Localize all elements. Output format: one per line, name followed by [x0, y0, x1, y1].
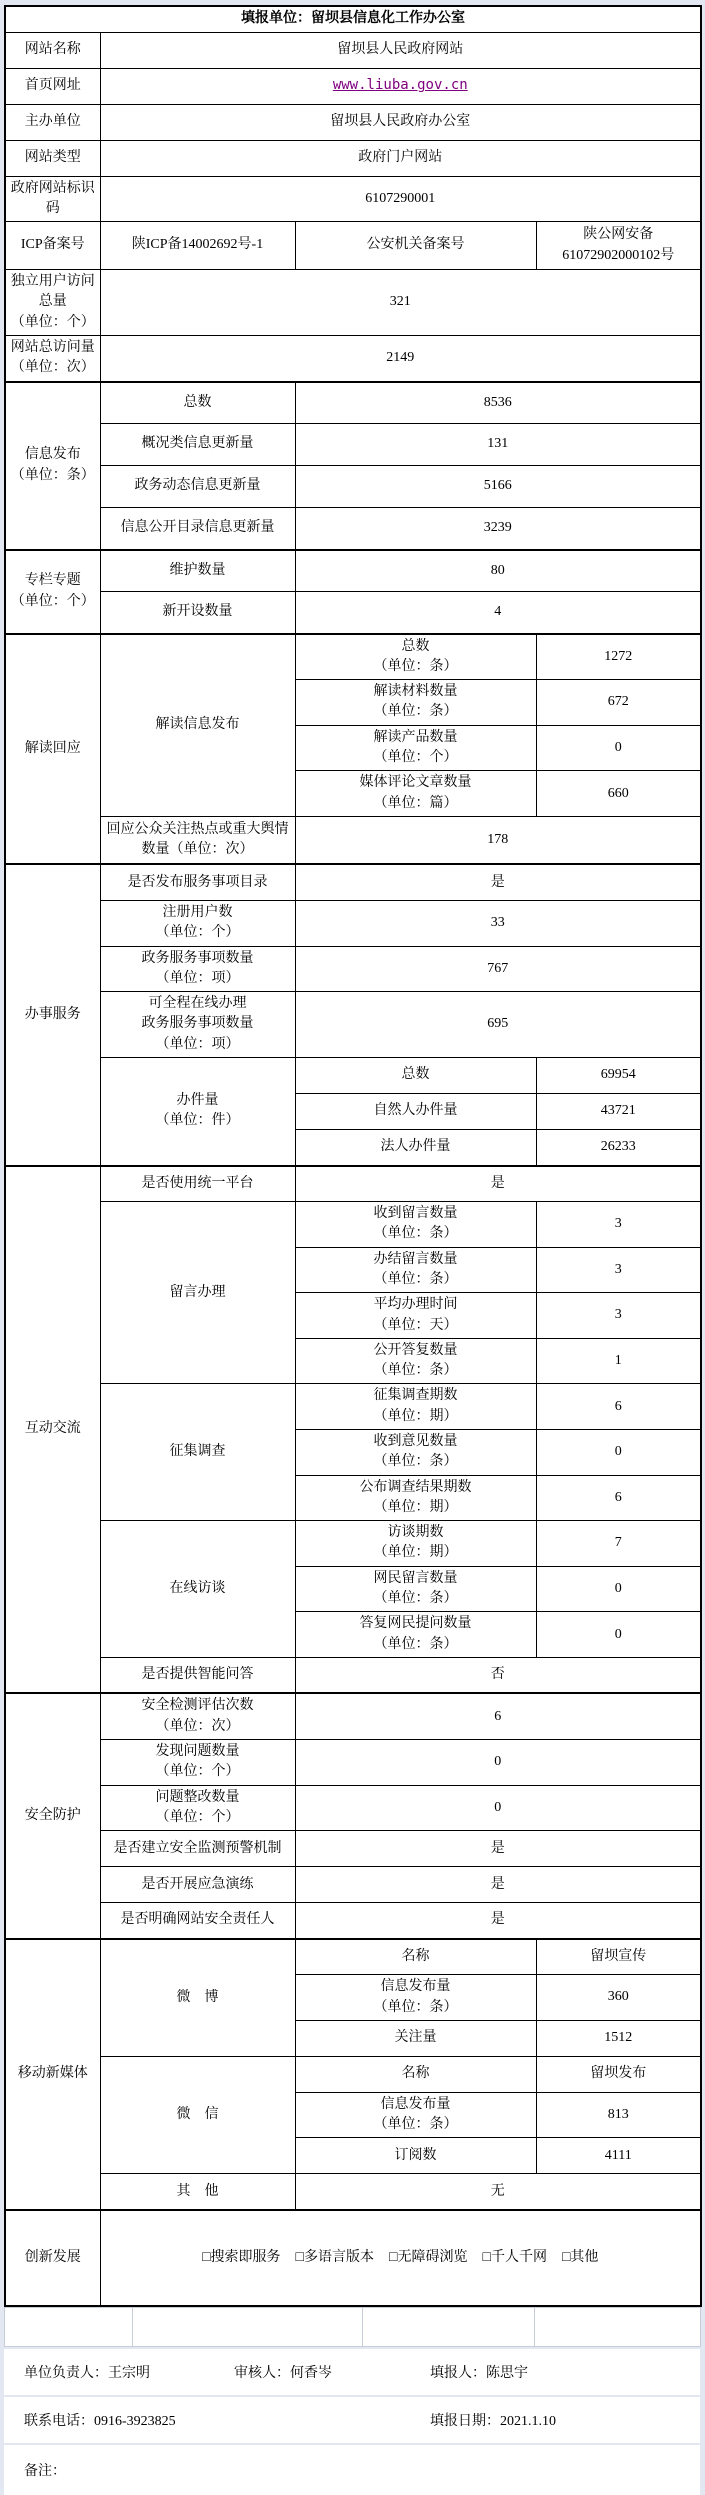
label-unique-visitors: 独立用户访问总量（单位：个） — [5, 270, 100, 336]
label-service-items: 政务服务事项数量（单位：项） — [100, 946, 295, 992]
label-monitoring-mechanism: 是否建立安全监测预警机制 — [100, 1831, 295, 1867]
value-weibo-followers: 1512 — [536, 2020, 701, 2056]
label-trans-individual: 自然人办件量 — [295, 1094, 536, 1130]
value-media-articles: 660 — [536, 771, 701, 817]
label-interp-products: 解读产品数量（单位：个） — [295, 725, 536, 771]
label-security-responsible-person: 是否明确网站安全责任人 — [100, 1903, 295, 1939]
label-overview-updates: 概况类信息更新量 — [100, 424, 295, 466]
cell-home-url: www.liuba.gov.cn — [100, 68, 701, 104]
report-page: 填报单位：留坝县信息化工作办公室 网站名称 留坝县人民政府网站 首页网址 www… — [0, 0, 705, 2495]
label-message-handling: 留言办理 — [100, 1202, 295, 1384]
value-interp-materials: 672 — [536, 680, 701, 726]
value-weibo-posts: 360 — [536, 1975, 701, 2021]
label-security-assessments: 安全检测评估次数（单位：次） — [100, 1693, 295, 1739]
value-maintained-count: 80 — [295, 550, 701, 592]
label-site-name: 网站名称 — [5, 32, 100, 68]
value-unique-visitors: 321 — [100, 270, 701, 336]
label-icp: ICP备案号 — [5, 222, 100, 270]
empty-row-table — [4, 2307, 701, 2347]
label-messages-completed: 办结留言数量（单位：条） — [295, 1247, 536, 1293]
innovation-options: □搜索即服务 □多语言版本 □无障碍浏览 □千人千网 □其他 — [105, 2248, 697, 2268]
label-problems-fixed: 问题整改数量（单位：个） — [100, 1785, 295, 1831]
section-info-release: 信息发布（单位：条） — [5, 382, 100, 550]
section-columns-topics: 专栏专题（单位：个） — [5, 550, 100, 634]
label-media-articles: 媒体评论文章数量（单位：篇） — [295, 771, 536, 817]
value-site-name: 留坝县人民政府网站 — [100, 32, 701, 68]
label-surveys: 征集调查 — [100, 1384, 295, 1521]
label-total-visits: 网站总访问量（单位：次） — [5, 335, 100, 381]
report-date: 填报日期：2021.1.10 — [430, 2410, 556, 2430]
value-netizen-messages: 0 — [536, 1566, 701, 1612]
label-netizen-messages: 网民留言数量（单位：条） — [295, 1566, 536, 1612]
empty-cell — [133, 2307, 363, 2346]
checkbox-option-multilingual[interactable]: □多语言版本 — [296, 2248, 374, 2268]
section-security: 安全防护 — [5, 1693, 100, 1938]
label-other-media: 其 他 — [100, 2174, 295, 2210]
label-transactions: 办件量（单位：件） — [100, 1058, 295, 1166]
label-emergency-drill: 是否开展应急演练 — [100, 1867, 295, 1903]
contact-phone: 联系电话：0916-3923825 — [24, 2410, 430, 2430]
section-new-media: 移动新媒体 — [5, 1939, 100, 2210]
checkbox-option-personalized[interactable]: □千人千网 — [482, 2248, 546, 2268]
empty-cell — [535, 2307, 701, 2346]
checkbox-option-other[interactable]: □其他 — [562, 2248, 598, 2268]
label-interp-total: 总数（单位：条） — [295, 634, 536, 680]
label-service-catalog: 是否发布服务事项目录 — [100, 864, 295, 900]
empty-cell — [363, 2307, 535, 2346]
home-url-link[interactable]: www.liuba.gov.cn — [333, 77, 468, 93]
value-site-code: 6107290001 — [100, 176, 701, 222]
label-smart-qa: 是否提供智能问答 — [100, 1657, 295, 1693]
label-weibo: 微 博 — [100, 1939, 295, 2057]
value-interp-total: 1272 — [536, 634, 701, 680]
value-emergency-drill: 是 — [295, 1867, 701, 1903]
value-service-catalog: 是 — [295, 864, 701, 900]
label-home-url: 首页网址 — [5, 68, 100, 104]
label-gov-news-updates: 政务动态信息更新量 — [100, 466, 295, 508]
label-interpretation-release: 解读信息发布 — [100, 634, 295, 817]
value-trans-legal: 26233 — [536, 1130, 701, 1166]
value-opinions-received: 0 — [536, 1430, 701, 1476]
label-new-count: 新开设数量 — [100, 592, 295, 634]
value-trans-individual: 43721 — [536, 1094, 701, 1130]
value-netizen-replies: 0 — [536, 1612, 701, 1658]
form-filler: 填报人：陈思宇 — [430, 2362, 528, 2382]
value-catalog-updates: 3239 — [295, 508, 701, 550]
value-service-items: 767 — [295, 946, 701, 992]
value-wechat-posts: 813 — [536, 2092, 701, 2138]
label-opinions-received: 收到意见数量（单位：条） — [295, 1430, 536, 1476]
label-trans-total: 总数 — [295, 1058, 536, 1094]
label-messages-received: 收到留言数量（单位：条） — [295, 1202, 536, 1248]
remarks-label: 备注： — [24, 2460, 66, 2480]
footer-remarks-row: 备注： — [4, 2445, 700, 2495]
value-weibo-name: 留坝宣传 — [536, 1939, 701, 1975]
innovation-options-cell: □搜索即服务 □多语言版本 □无障碍浏览 □千人千网 □其他 — [100, 2210, 701, 2306]
section-innovation: 创新发展 — [5, 2210, 100, 2306]
value-monitoring-mechanism: 是 — [295, 1831, 701, 1867]
label-catalog-updates: 信息公开目录信息更新量 — [100, 508, 295, 550]
label-weibo-followers: 关注量 — [295, 2020, 536, 2056]
value-interview-periods: 7 — [536, 1521, 701, 1567]
label-maintained-count: 维护数量 — [100, 550, 295, 592]
label-trans-legal: 法人办件量 — [295, 1130, 536, 1166]
value-gov-news-updates: 5166 — [295, 466, 701, 508]
value-messages-received: 3 — [536, 1202, 701, 1248]
label-weibo-name: 名称 — [295, 1939, 536, 1975]
label-wechat-posts: 信息发布量（单位：条） — [295, 2092, 536, 2138]
label-site-code: 政府网站标识码 — [5, 176, 100, 222]
value-survey-periods: 6 — [536, 1384, 701, 1430]
value-site-type: 政府门户网站 — [100, 140, 701, 176]
value-survey-results-published: 6 — [536, 1475, 701, 1521]
value-public-response: 178 — [295, 816, 701, 864]
section-interaction: 互动交流 — [5, 1166, 100, 1694]
footer-contact-row: 联系电话：0916-3923825 填报日期：2021.1.10 — [4, 2397, 700, 2443]
footer-signatures-row: 单位负责人：王宗明 审核人：何香岑 填报人：陈思宇 — [4, 2349, 700, 2395]
label-wechat: 微 信 — [100, 2056, 295, 2174]
label-wechat-subscribers: 订阅数 — [295, 2138, 536, 2174]
label-unified-platform: 是否使用统一平台 — [100, 1166, 295, 1202]
label-survey-results-published: 公布调查结果期数（单位：期） — [295, 1475, 536, 1521]
value-security-responsible-person: 是 — [295, 1903, 701, 1939]
value-total-visits: 2149 — [100, 335, 701, 381]
responsible-person: 单位负责人：王宗明 — [24, 2362, 234, 2382]
label-wechat-name: 名称 — [295, 2056, 536, 2092]
value-new-count: 4 — [295, 592, 701, 634]
value-overview-updates: 131 — [295, 424, 701, 466]
label-site-type: 网站类型 — [5, 140, 100, 176]
label-interview-periods: 访谈期数（单位：期） — [295, 1521, 536, 1567]
value-wechat-name: 留坝发布 — [536, 2056, 701, 2092]
label-info-total: 总数 — [100, 382, 295, 424]
checkbox-option-accessibility[interactable]: □无障碍浏览 — [389, 2248, 467, 2268]
value-registered-users: 33 — [295, 900, 701, 946]
label-weibo-posts: 信息发布量（单位：条） — [295, 1975, 536, 2021]
label-organizer: 主办单位 — [5, 104, 100, 140]
value-smart-qa: 否 — [295, 1657, 701, 1693]
value-public-replies: 1 — [536, 1338, 701, 1384]
value-icp: 陕ICP备14002692号-1 — [100, 222, 295, 270]
value-average-handling-time: 3 — [536, 1293, 701, 1339]
label-police-record: 公安机关备案号 — [295, 222, 536, 270]
value-security-assessments: 6 — [295, 1693, 701, 1739]
label-average-handling-time: 平均办理时间（单位：天） — [295, 1293, 536, 1339]
value-online-items: 695 — [295, 992, 701, 1058]
value-trans-total: 69954 — [536, 1058, 701, 1094]
report-table: 填报单位：留坝县信息化工作办公室 网站名称 留坝县人民政府网站 首页网址 www… — [4, 5, 702, 2307]
checkbox-option-search-service[interactable]: □搜索即服务 — [202, 2248, 280, 2268]
label-netizen-replies: 答复网民提问数量（单位：条） — [295, 1612, 536, 1658]
label-online-interviews: 在线访谈 — [100, 1521, 295, 1658]
reviewer: 审核人：何香岑 — [234, 2362, 430, 2382]
label-public-replies: 公开答复数量（单位：条） — [295, 1338, 536, 1384]
label-public-response: 回应公众关注热点或重大舆情数量（单位：次） — [100, 816, 295, 864]
value-info-total: 8536 — [295, 382, 701, 424]
label-registered-users: 注册用户数（单位：个） — [100, 900, 295, 946]
label-online-items: 可全程在线办理政务服务事项数量（单位：项） — [100, 992, 295, 1058]
value-organizer: 留坝县人民政府办公室 — [100, 104, 701, 140]
value-messages-completed: 3 — [536, 1247, 701, 1293]
value-police-record: 陕公网安备61072902000102号 — [536, 222, 701, 270]
value-unified-platform: 是 — [295, 1166, 701, 1202]
value-problems-found: 0 — [295, 1740, 701, 1786]
empty-cell — [5, 2307, 133, 2346]
value-interp-products: 0 — [536, 725, 701, 771]
value-problems-fixed: 0 — [295, 1785, 701, 1831]
label-survey-periods: 征集调查期数（单位：期） — [295, 1384, 536, 1430]
value-other-media: 无 — [295, 2174, 701, 2210]
value-wechat-subscribers: 4111 — [536, 2138, 701, 2174]
label-interp-materials: 解读材料数量（单位：条） — [295, 680, 536, 726]
label-problems-found: 发现问题数量（单位：个） — [100, 1740, 295, 1786]
report-title: 填报单位：留坝县信息化工作办公室 — [5, 6, 701, 32]
section-services: 办事服务 — [5, 864, 100, 1165]
section-interpretation: 解读回应 — [5, 634, 100, 865]
